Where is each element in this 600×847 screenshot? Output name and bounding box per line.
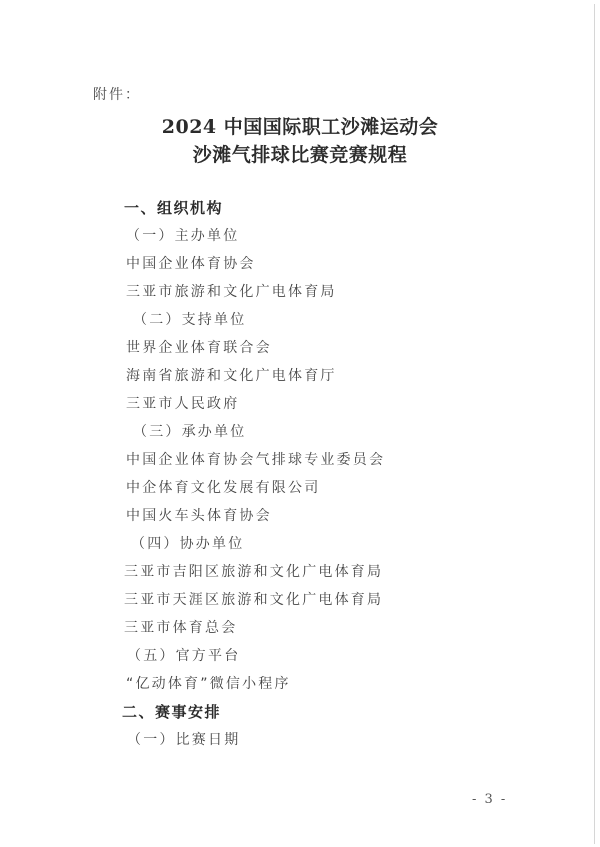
body-line: 三亚市人民政府 <box>126 394 239 414</box>
body-line: 世界企业体育联合会 <box>126 338 272 358</box>
body-line: 中国企业体育协会气排球专业委员会 <box>126 450 385 470</box>
body-line: 中企体育文化发展有限公司 <box>126 478 320 498</box>
attachment-label: 附件： <box>93 84 141 104</box>
body-line: “亿动体育”微信小程序 <box>126 674 291 694</box>
body-line: 海南省旅游和文化广电体育厅 <box>126 366 337 386</box>
body-line: 中国火车头体育协会 <box>126 506 272 526</box>
subheading-co-organizer-units: （四）协办单位 <box>131 534 244 554</box>
body-line: 三亚市体育总会 <box>124 618 237 638</box>
body-line: 三亚市旅游和文化广电体育局 <box>126 282 337 302</box>
subheading-support-units: （二）支持单位 <box>133 310 246 330</box>
body-line: 三亚市天涯区旅游和文化广电体育局 <box>124 590 383 610</box>
page-number: - 3 - <box>472 792 507 807</box>
subheading-host-units: （一）主办单位 <box>126 226 239 246</box>
document-page: 附件： 2024 中国国际职工沙滩运动会 沙滩气排球比赛竞赛规程 一、组织机构 … <box>0 0 600 847</box>
body-line: 中国企业体育协会 <box>126 254 256 274</box>
section-heading-schedule: 二、赛事安排 <box>122 702 221 722</box>
subheading-match-dates: （一）比赛日期 <box>127 730 240 750</box>
document-title-line-2: 沙滩气排球比赛竞赛规程 <box>0 140 600 167</box>
subheading-official-platform: （五）官方平台 <box>127 646 240 666</box>
body-line: 三亚市吉阳区旅游和文化广电体育局 <box>124 562 383 582</box>
document-title-line-1: 2024 中国国际职工沙滩运动会 <box>0 112 600 139</box>
section-heading-organization: 一、组织机构 <box>124 198 223 218</box>
subheading-organizer-units: （三）承办单位 <box>133 422 246 442</box>
